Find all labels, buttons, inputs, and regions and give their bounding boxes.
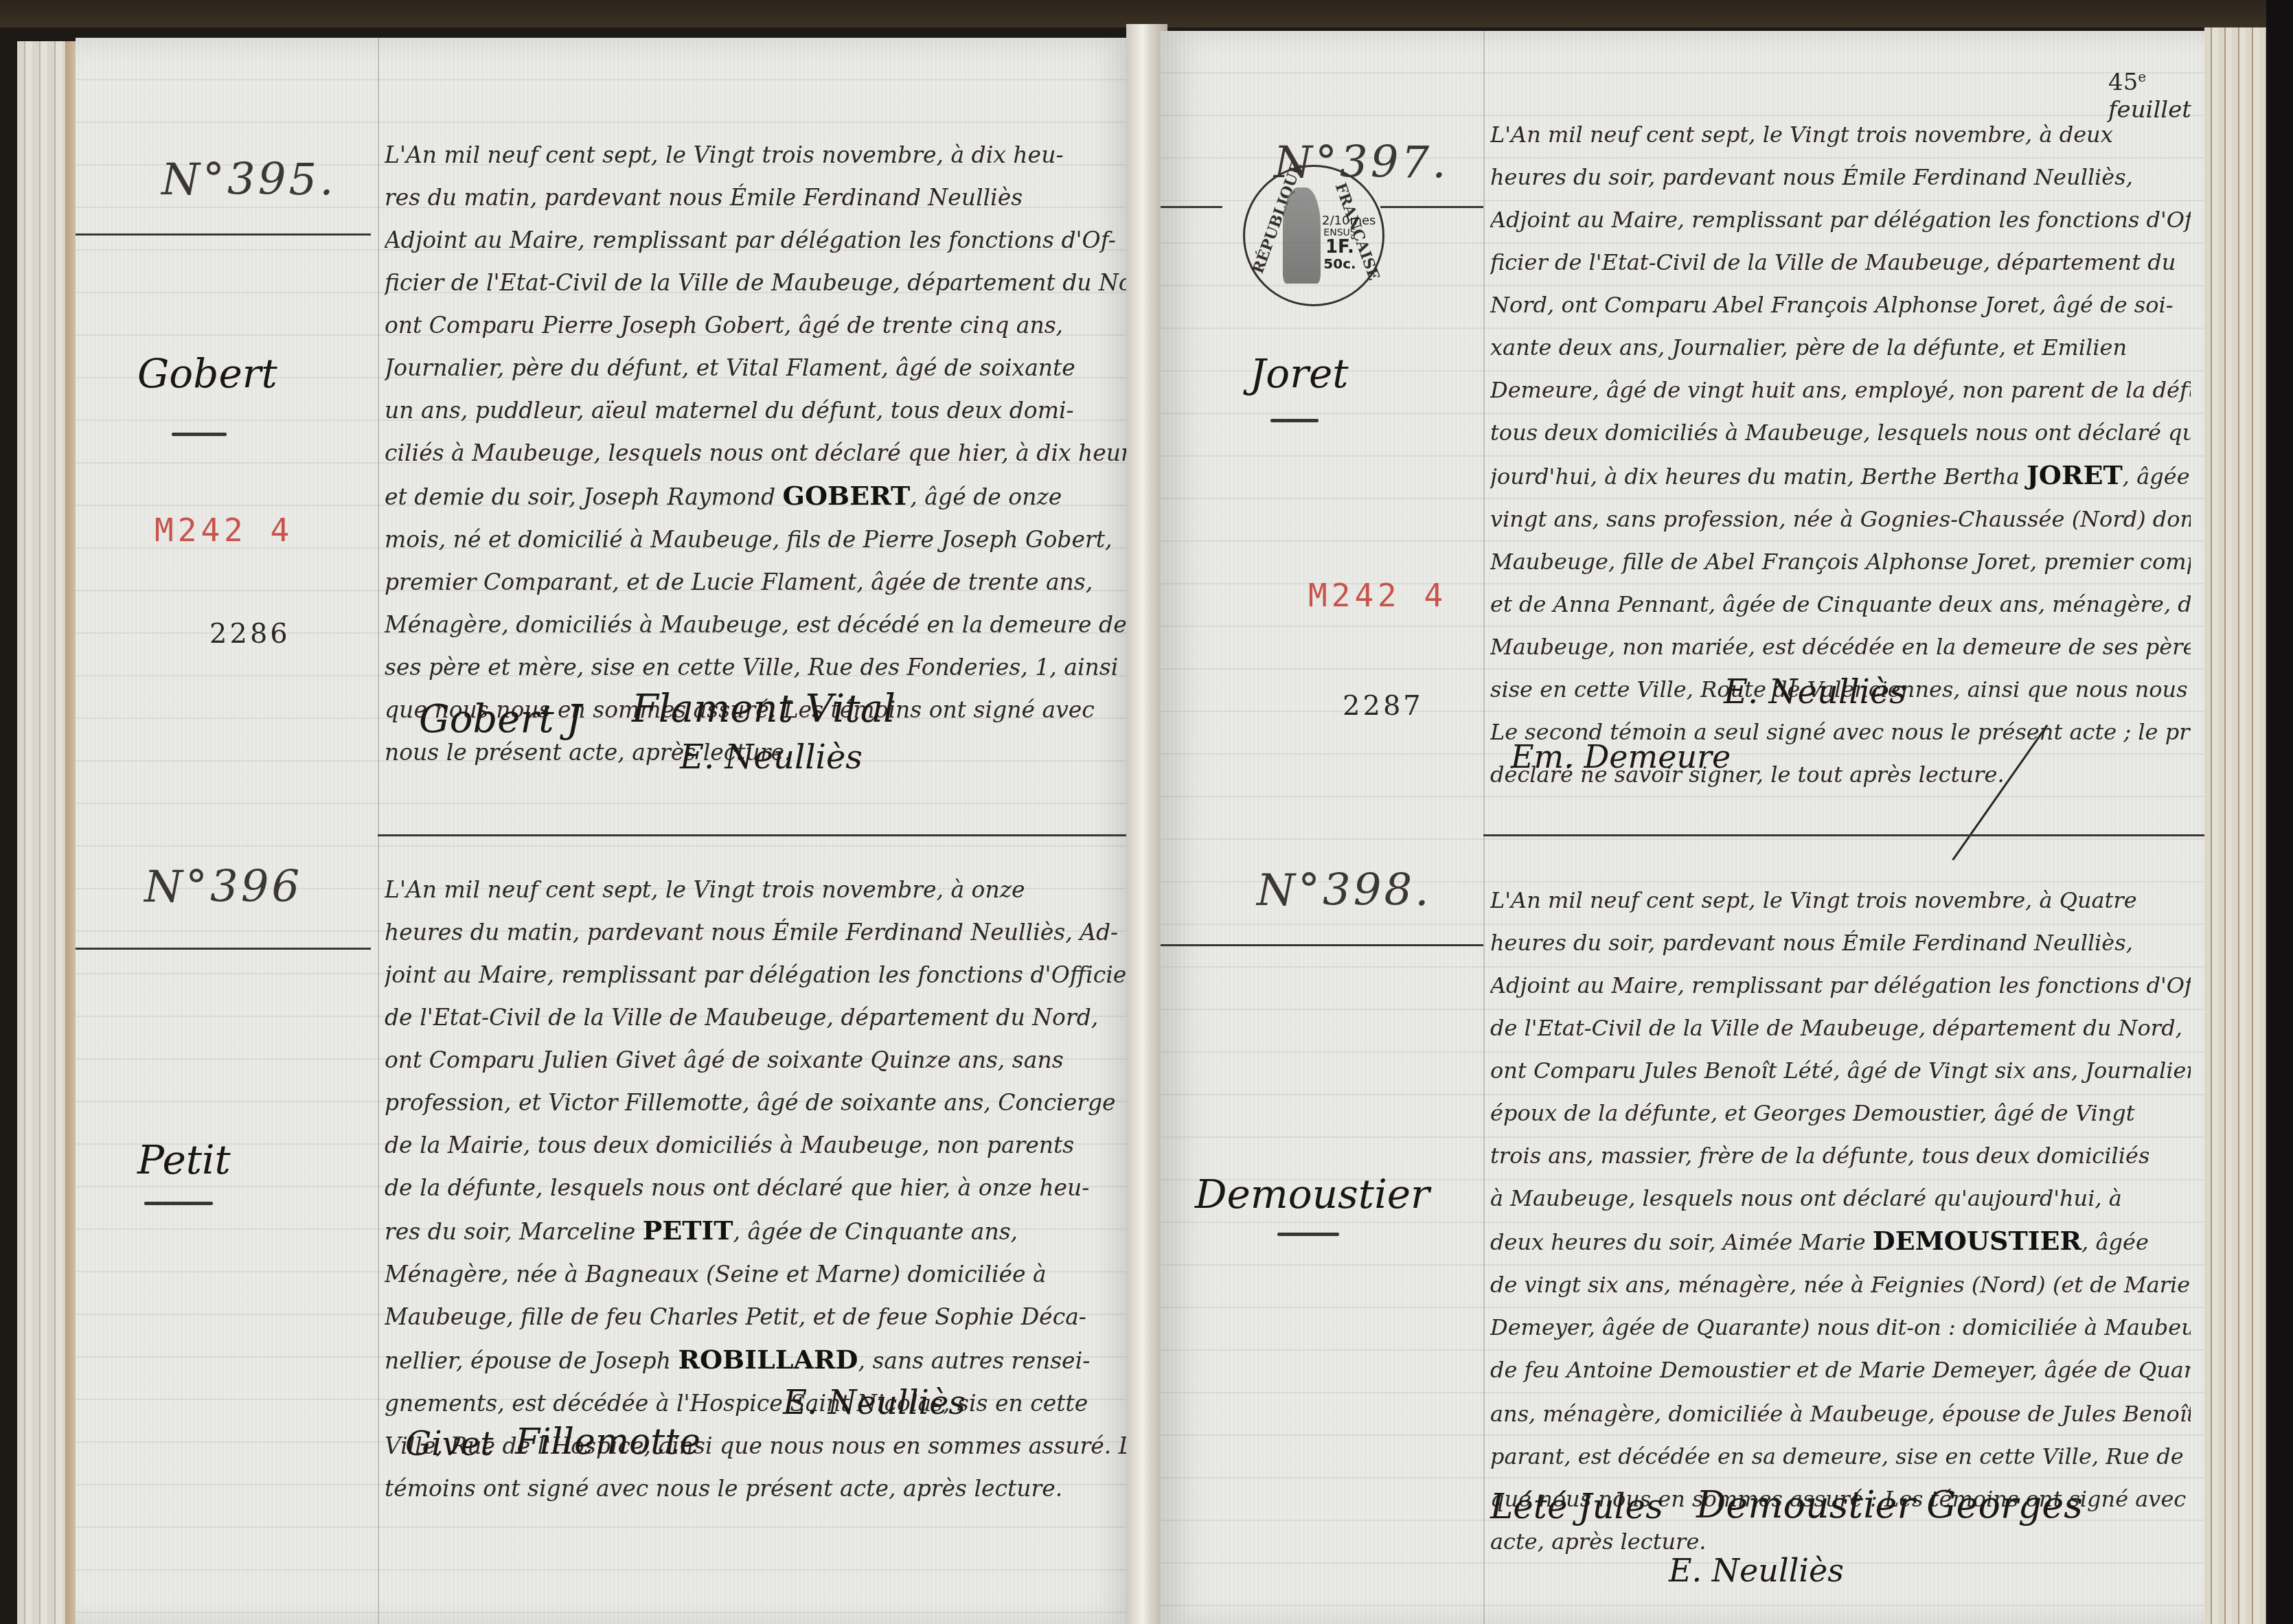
text-line: témoins ont signé avec nous le présent a…: [385, 1467, 1126, 1510]
archive-stamp: M242 4: [155, 512, 293, 549]
text-line: ans, ménagère, domiciliée à Maubeuge, ép…: [1490, 1391, 2191, 1435]
text-line: deux heures du soir, Aimée Marie DEMOUST…: [1490, 1220, 2191, 1263]
text-line: tous deux domiciliés à Maubeuge, lesquel…: [1490, 411, 2191, 454]
text-line: de la Mairie, tous deux domiciliés à Mau…: [385, 1124, 1126, 1167]
tax-stamp-value: 2/10mes ENSUS 1F. 50c.: [1322, 215, 1358, 271]
text-line: Ville, Rue de l'Hospice, ainsi que nous …: [385, 1425, 1126, 1467]
entry-number: N°396: [144, 862, 302, 913]
book-binding-top: [0, 0, 2293, 27]
text-line: de feu Antoine Demoustier et de Marie De…: [1490, 1349, 2191, 1391]
text-line: ciliés à Maubeuge, lesquels nous ont déc…: [385, 432, 1126, 474]
text-line: profession, et Victor Fillemotte, âgé de…: [385, 1082, 1126, 1124]
text-line: parant, est décédée en sa demeure, sise …: [1490, 1435, 2191, 1478]
text-line: heures du matin, pardevant nous Émile Fe…: [385, 911, 1126, 954]
book-cover-right: [2266, 0, 2293, 1624]
text-line: Adjoint au Maire, remplissant par déléga…: [385, 219, 1126, 262]
entry-divider: [378, 834, 1137, 836]
text-line: heures du soir, pardevant nous Émile Fer…: [1490, 156, 2191, 198]
text-line: L'An mil neuf cent sept, le Vingt trois …: [1490, 879, 2191, 922]
entry-divider: [1483, 834, 2204, 836]
archive-stamp: M242 4: [1308, 577, 1447, 614]
left-page: N°395. Gobert M242 4 2286 L'An mil neuf …: [76, 38, 1137, 1624]
text-line: à Maubeuge, lesquels nous ont déclaré qu…: [1490, 1177, 2191, 1220]
text-line: et demie du soir, Joseph Raymond GOBERT,…: [385, 474, 1126, 518]
margin-surname: Gobert: [137, 350, 277, 397]
signature-witness-2: Flament Vital: [632, 687, 895, 731]
signature-officer: E. Neulliès: [1724, 673, 1906, 711]
marianne-figure-icon: [1283, 187, 1321, 284]
text-line: L'An mil neuf cent sept, le Vingt trois …: [1490, 113, 2191, 156]
text-line: Journalier, père du défunt, et Vital Fla…: [385, 347, 1126, 389]
text-line: res du soir, Marceline PETIT, âgée de Ci…: [385, 1209, 1126, 1253]
folio-suffix: e: [2138, 69, 2146, 85]
text-line: Maubeuge, fille de Abel François Alphons…: [1490, 540, 2191, 583]
text-line: ficier de l'Etat-Civil de la Ville de Ma…: [1490, 241, 2191, 284]
signature-husband: Lété Jules: [1490, 1487, 1663, 1526]
text-line: un ans, puddleur, aïeul maternel du défu…: [385, 389, 1126, 432]
text-line: xante deux ans, Journalier, père de la d…: [1490, 326, 2191, 369]
text-line: vingt ans, sans profession, née à Gognie…: [1490, 498, 2191, 540]
text-line: ont Comparu Jules Benoît Lété, âgé de Vi…: [1490, 1049, 2191, 1092]
entry-395-text: L'An mil neuf cent sept, le Vingt trois …: [385, 134, 1126, 774]
text-line: trois ans, massier, frère de la défunte,…: [1490, 1134, 2191, 1177]
text-line: Nord, ont Comparu Abel François Alphonse…: [1490, 284, 2191, 326]
open-register-book: N°395. Gobert M242 4 2286 L'An mil neuf …: [0, 0, 2293, 1624]
signature-witness-1: Gobert J: [419, 697, 582, 742]
text-line: Ménagère, née à Bagneaux (Seine et Marne…: [385, 1253, 1126, 1296]
signature-witness: Em. Demeure: [1511, 738, 1731, 775]
text-line: gnements, est décédée à l'Hospice Saint …: [385, 1382, 1126, 1425]
folio-number: 45: [2108, 69, 2138, 96]
entry-divider: [1161, 944, 1483, 946]
entry-398-text: L'An mil neuf cent sept, le Vingt trois …: [1490, 879, 2191, 1563]
margin-rule: [378, 38, 379, 1624]
text-line: nellier, épouse de Joseph ROBILLARD, san…: [385, 1338, 1126, 1382]
entry-divider: [76, 948, 371, 950]
text-line: premier Comparant, et de Lucie Flament, …: [385, 561, 1126, 604]
surname-underline: [172, 433, 227, 436]
entry-divider: [1380, 206, 1483, 208]
signature-officer: E. Neulliès: [1669, 1552, 1844, 1589]
margin-rule: [1483, 31, 1485, 1624]
text-line: jourd'hui, à dix heures du matin, Berthe…: [1490, 454, 2191, 498]
text-line: Adjoint au Maire, remplissant par déléga…: [1490, 964, 2191, 1007]
surname-underline: [1270, 419, 1319, 422]
text-line: Maubeuge, non mariée, est décédée en la …: [1490, 626, 2191, 668]
text-line: Demeure, âgé de vingt huit ans, employé,…: [1490, 369, 2191, 411]
signature-officer: E. Neulliès: [680, 738, 863, 777]
text-line: époux de la défunte, et Georges Demousti…: [1490, 1092, 2191, 1134]
text-line: joint au Maire, remplissant par délégati…: [385, 954, 1126, 996]
entry-number: N°395.: [161, 155, 336, 205]
signature-officer: E. Neulliès: [783, 1384, 966, 1422]
text-line: de la défunte, lesquels nous ont déclaré…: [385, 1167, 1126, 1209]
margin-surname: Demoustier: [1195, 1171, 1430, 1217]
text-line: de l'Etat-Civil de la Ville de Maubeuge,…: [1490, 1007, 2191, 1049]
tax-stamp: RÉPUBLIQUE FRANÇAISE 2/10mes ENSUS 1F. 5…: [1243, 165, 1384, 306]
text-line: L'An mil neuf cent sept, le Vingt trois …: [385, 134, 1126, 176]
signature-witness: Demoustier Georges: [1696, 1483, 2083, 1526]
text-line: de vingt six ans, ménagère, née à Feigni…: [1490, 1263, 2191, 1306]
signature-witness-2: Fillemotte: [515, 1421, 700, 1463]
text-line: heures du soir, pardevant nous Émile Fer…: [1490, 922, 2191, 964]
entry-number: N°398.: [1257, 865, 1432, 916]
margin-surname: Petit: [137, 1136, 231, 1183]
text-line: ficier de l'Etat-Civil de la Ville de Ma…: [385, 262, 1126, 304]
text-line: Demeyer, âgée de Quarante) nous dit-on :…: [1490, 1306, 2191, 1349]
sequence-number: 2286: [209, 618, 290, 650]
text-line: de l'Etat-Civil de la Ville de Maubeuge,…: [385, 996, 1126, 1039]
right-page-edges: [2204, 27, 2273, 1624]
text-line: res du matin, pardevant nous Émile Ferdi…: [385, 176, 1126, 219]
text-line: Maubeuge, fille de feu Charles Petit, et…: [385, 1296, 1126, 1338]
entry-divider: [76, 233, 371, 236]
text-line: ses père et mère, sise en cette Ville, R…: [385, 646, 1126, 689]
text-line: ont Comparu Julien Givet âgé de soixante…: [385, 1039, 1126, 1082]
text-line: Adjoint au Maire, remplissant par déléga…: [1490, 198, 2191, 241]
text-line: ont Comparu Pierre Joseph Gobert, âgé de…: [385, 304, 1126, 347]
text-line: L'An mil neuf cent sept, le Vingt trois …: [385, 869, 1126, 911]
text-line: et de Anna Pennant, âgée de Cinquante de…: [1490, 583, 2191, 626]
text-line: Ménagère, domiciliés à Maubeuge, est déc…: [385, 604, 1126, 646]
entry-396-text: L'An mil neuf cent sept, le Vingt trois …: [385, 869, 1126, 1510]
margin-surname: Joret: [1250, 350, 1349, 397]
surname-underline: [144, 1202, 213, 1205]
signature-witness-1: Givet: [405, 1425, 494, 1463]
right-page: 45e feuillet N°397. RÉPUBLIQUE FRANÇAISE…: [1161, 31, 2204, 1624]
sequence-number: 2287: [1343, 690, 1424, 722]
text-line: mois, né et domicilié à Maubeuge, fils d…: [385, 518, 1126, 561]
entry-divider: [1161, 206, 1222, 208]
surname-underline: [1277, 1233, 1339, 1236]
